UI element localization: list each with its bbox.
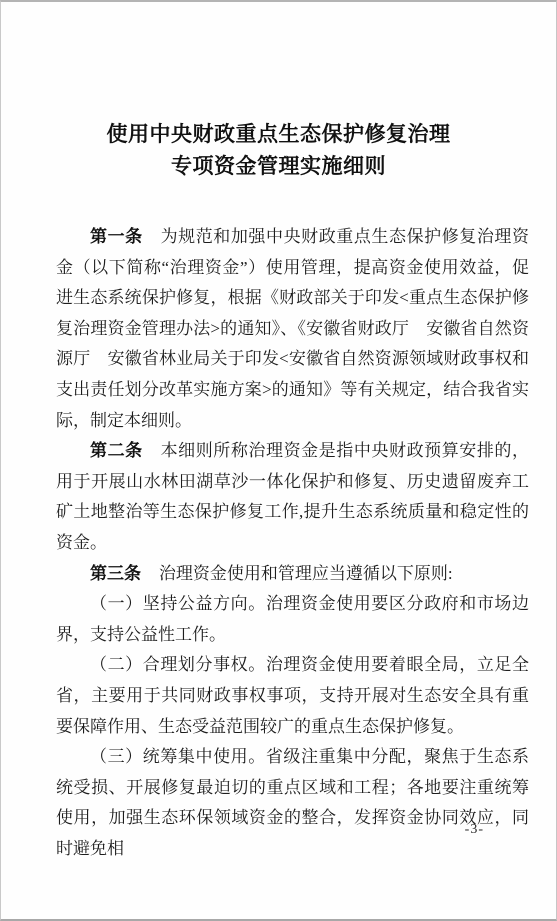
paragraph-article-1: 第一条为规范和加强中央财政重点生态保护修复治理资金（以下简称“治理资金”）使用管… xyxy=(56,222,529,436)
document-body: 第一条为规范和加强中央财政重点生态保护修复治理资金（以下简称“治理资金”）使用管… xyxy=(1,222,556,864)
paragraph-item-1: （一）坚持公益方向。治理资金使用要区分政府和市场边界，支持公益性工作。 xyxy=(56,589,529,650)
scanned-document-page: 使用中央财政重点生态保护修复治理 专项资金管理实施细则 第一条为规范和加强中央财… xyxy=(0,0,557,921)
paragraph-text: （三）统筹集中使用。省级注重集中分配，聚焦于生态系统受损、开展修复最迫切的重点区… xyxy=(56,747,529,858)
article-number-3: 第三条 xyxy=(90,564,141,583)
paragraph-text: 为规范和加强中央财政重点生态保护修复治理资金（以下简称“治理资金”）使用管理，提… xyxy=(56,227,529,430)
paragraph-text: （一）坚持公益方向。治理资金使用要区分政府和市场边界，支持公益性工作。 xyxy=(56,594,529,644)
paragraph-item-2: （二）合理划分事权。治理资金使用要着眼全局，立足全省，主要用于共同财政事权事项，… xyxy=(56,650,529,742)
document-title-line-2: 专项资金管理实施细则 xyxy=(1,150,556,182)
paragraph-article-3: 第三条治理资金使用和管理应当遵循以下原则: xyxy=(56,559,529,590)
document-title-line-1: 使用中央财政重点生态保护修复治理 xyxy=(1,118,556,150)
paragraph-text: 治理资金使用和管理应当遵循以下原则: xyxy=(159,564,453,583)
paragraph-article-2: 第二条本细则所称治理资金是指中央财政预算安排的，用于开展山水林田湖草沙一体化保护… xyxy=(56,436,529,558)
document-title: 使用中央财政重点生态保护修复治理 专项资金管理实施细则 xyxy=(1,118,556,182)
paragraph-text: （二）合理划分事权。治理资金使用要着眼全局，立足全省，主要用于共同财政事权事项，… xyxy=(56,655,529,735)
page-number: -3- xyxy=(465,822,484,838)
article-number-1: 第一条 xyxy=(90,227,143,246)
paragraph-item-3: （三）统筹集中使用。省级注重集中分配，聚焦于生态系统受损、开展修复最迫切的重点区… xyxy=(56,742,529,864)
article-number-2: 第二条 xyxy=(90,441,143,460)
